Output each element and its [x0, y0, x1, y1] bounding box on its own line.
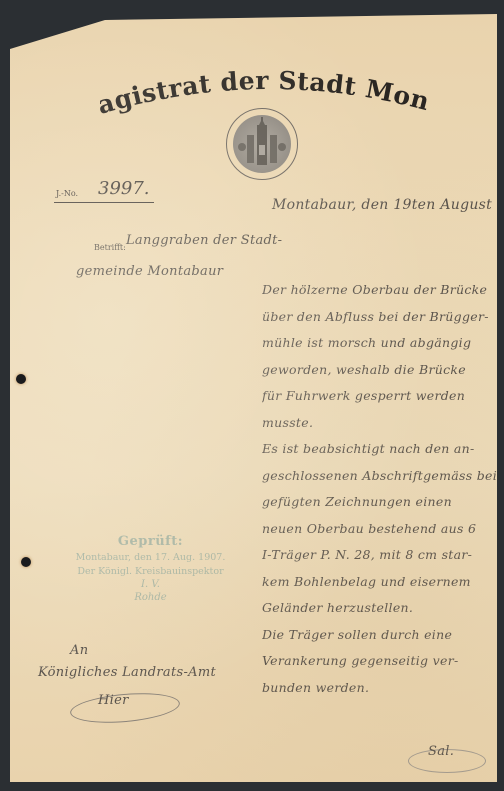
body-line: Es ist beabsichtigt nach den an- [262, 439, 504, 466]
stamp-signature: Rohde [58, 592, 243, 603]
body-line: I-Träger P. N. 28, mit 8 cm star- [262, 545, 504, 572]
address-prefix: An [70, 643, 88, 658]
address-recipient: Königliches Landrats-Amt [38, 665, 216, 680]
signature: Sal. [428, 744, 454, 759]
letterhead-text: Der Magistrat der Stadt Montabaur. [100, 66, 433, 116]
body-line: bunden werden. [262, 678, 504, 705]
body-line: kem Bohlenbelag und eisernem [262, 572, 504, 599]
subject-line-2: gemeinde Montabaur [76, 264, 223, 279]
body-line: Geländer herzustellen. [262, 598, 504, 625]
body-line: mühle ist morsch und abgängig [262, 333, 504, 360]
svg-text:Der Magistrat der Stadt Montab: Der Magistrat der Stadt Montabaur. [100, 66, 433, 116]
body-line: neuen Oberbau bestehend aus 6 [262, 519, 504, 546]
reference-label: J.-No. [56, 189, 78, 198]
punch-hole-icon [16, 374, 26, 384]
body-line: über den Abfluss bei der Brügger- [262, 307, 504, 334]
subject-line-1: Langgraben der Stadt- [126, 233, 282, 248]
signature-flourish [408, 749, 486, 773]
document-page: Der Magistrat der Stadt Montabaur. J.-No… [10, 14, 497, 782]
letter-body: Der hölzerne Oberbau der Brücke über den… [262, 280, 504, 704]
stamp-authority: Der Königl. Kreisbauinspektor [58, 566, 243, 577]
reference-number: 3997. [98, 178, 150, 199]
address-place: Hier [98, 693, 129, 708]
stamp-proxy: I. V. [58, 579, 243, 590]
approval-stamp: Geprüft: Montabaur, den 17. Aug. 1907. D… [58, 534, 243, 603]
body-line: geworden, weshalb die Brücke [262, 360, 504, 387]
body-line: gefügten Zeichnungen einen [262, 492, 504, 519]
stamp-title: Geprüft: [58, 534, 243, 549]
letterhead-title: Der Magistrat der Stadt Montabaur. [100, 66, 440, 116]
address-flourish [69, 689, 181, 726]
reference-number-field: J.-No. 3997. [54, 184, 154, 203]
city-seal-icon [226, 108, 298, 180]
body-line: geschlossenen Abschriftgemäss bei- [262, 466, 504, 493]
body-line: für Fuhrwerk gesperrt werden [262, 386, 504, 413]
body-line: Verankerung gegenseitig ver- [262, 651, 504, 678]
dateline: Montabaur, den 19ten August 1907. [272, 197, 504, 213]
punch-hole-icon [21, 557, 31, 567]
body-line: Der hölzerne Oberbau der Brücke [262, 280, 504, 307]
subject-label: Betrifft: [94, 243, 126, 252]
stamp-date-line: Montabaur, den 17. Aug. 1907. [58, 552, 243, 563]
body-line: Die Träger sollen durch eine [262, 625, 504, 652]
body-line: musste. [262, 413, 504, 440]
